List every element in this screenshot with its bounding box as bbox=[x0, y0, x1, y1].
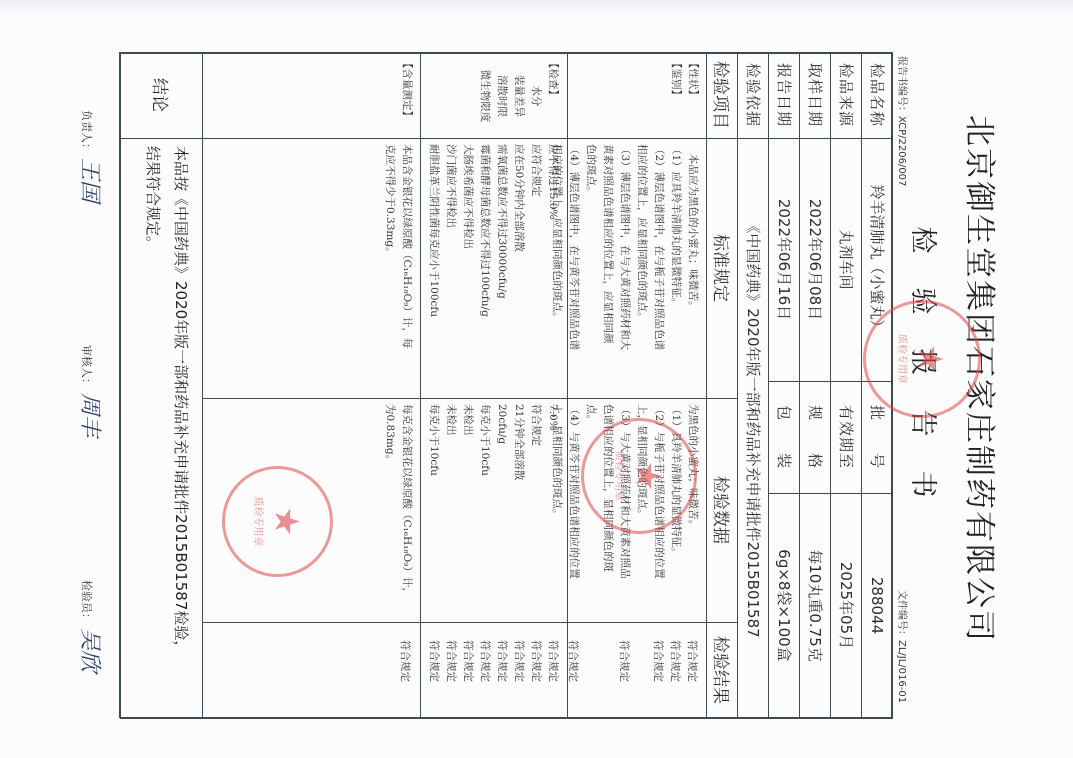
report-date-label: 报告日期 bbox=[769, 52, 800, 138]
reviewer-label: 审核人： bbox=[80, 345, 93, 389]
package-label: 包 装 bbox=[769, 381, 800, 493]
stamp-text: 质检专用章 bbox=[252, 497, 267, 547]
item-moisture: 水分 bbox=[527, 58, 544, 134]
standard-ident-line: 黄素对照品色谱相应的位置上，应显相同颜 bbox=[599, 144, 616, 350]
item-identification: 【鉴别】 bbox=[667, 58, 684, 100]
signature-responsible: 负责人：王国 bbox=[76, 110, 107, 202]
data-check: 7.0% bbox=[544, 404, 561, 480]
expiry-label: 有效期至 bbox=[831, 381, 862, 493]
items-column-assay: 【含量测定】 bbox=[398, 58, 415, 121]
standard-ident-line: （4）薄层色谱图中，在与黄芩苷对照品色谱 bbox=[565, 144, 582, 350]
result-appearance: 符合规定 bbox=[685, 640, 700, 682]
quality-stamp-top: ★ 质检专用章 bbox=[863, 300, 981, 418]
data-assay: 每克含金银花以绿原酸（C₁₆H₁₈O₉）计， 为0.83mg。 bbox=[381, 404, 415, 598]
item-microbial-limit: 微生物限度 bbox=[476, 58, 493, 134]
data-checks: 7.0% 符合规定 21分钟全部溶散 20cfu/g 每克小于10cfu 未检出… bbox=[425, 404, 561, 480]
standard-ident-line: （3）薄层色谱图中，在与大黄对照药材和大 bbox=[616, 144, 633, 350]
conclusion-line: 本品按《中国药典》2020年版一部和药品补充申请批件2015B01587检验， bbox=[167, 146, 195, 655]
data-assay-line: 每克含金银花以绿原酸（C₁₆H₁₈O₉）计， bbox=[398, 404, 415, 598]
inspector-signature: 吴欣 bbox=[77, 628, 102, 672]
report-number-label: 报告书编号： bbox=[896, 56, 907, 116]
items-column-checks: 【检查】 水分 装量差异 溶散时限 微生物限度 bbox=[476, 58, 561, 134]
data-check: 符合规定 bbox=[527, 404, 544, 480]
standard-check: 沙门菌应不得检出 bbox=[442, 144, 459, 317]
basis-label: 检验依据 bbox=[738, 52, 769, 138]
result-ident-1: 符合规定 bbox=[668, 640, 683, 682]
standard-ident-line: 色的斑点。 bbox=[582, 144, 599, 350]
item-checks: 【检查】 bbox=[544, 58, 561, 134]
responsible-signature: 王国 bbox=[77, 158, 102, 202]
data-assay-line: 为0.83mg。 bbox=[381, 404, 398, 598]
conclusion-text: 本品按《中国药典》2020年版一部和药品补充申请批件2015B01587检验， … bbox=[139, 146, 195, 655]
inspector-label: 检验员： bbox=[80, 580, 93, 624]
standard-check: 应在50分钟内全部溶散 bbox=[510, 144, 527, 317]
responsible-label: 负责人： bbox=[80, 110, 93, 154]
item-appearance: 【性状】 bbox=[684, 58, 701, 100]
spec-label: 规 格 bbox=[800, 381, 831, 493]
conclusion-label: 结论 bbox=[121, 52, 203, 138]
standard-check: 应不得过15.0% bbox=[544, 144, 561, 317]
sample-date-label: 取样日期 bbox=[800, 52, 831, 138]
data-check: 未检出 bbox=[459, 404, 476, 480]
stamp-star-icon: ★ bbox=[914, 344, 948, 374]
standards-assay: 本品含金银花以绿原酸（C₁₆H₁₈O₉）计，每 克应不得少于0.33mg。 bbox=[381, 144, 415, 348]
item-disintegration: 溶散时限 bbox=[493, 58, 510, 134]
product-name-label: 检品名称 bbox=[862, 52, 893, 138]
header-result: 检验结果 bbox=[707, 622, 738, 718]
standard-check: 大肠埃希菌应不得检出 bbox=[459, 144, 476, 317]
standard-assay-line: 克应不得少于0.33mg。 bbox=[381, 144, 398, 348]
conclusion-line: 结果符合规定。 bbox=[139, 146, 167, 655]
item-fill-variation: 装量差异 bbox=[510, 58, 527, 134]
data-check: 每克小于10cfu bbox=[425, 404, 442, 480]
spec-value: 每10丸重0.75克 bbox=[800, 493, 831, 718]
stamp-star-icon: ★ bbox=[269, 506, 303, 536]
standard-ident-line: 相应的位置上，应显相同颜色的斑点。 bbox=[633, 144, 650, 350]
reviewer-signature: 周丰 bbox=[77, 393, 102, 437]
result-check: 符合规定 bbox=[493, 640, 510, 682]
standard-check: 耐胆盐革兰阴性菌每克应小于100cfu bbox=[425, 144, 442, 317]
sample-date-value: 2022年06月08日 bbox=[800, 138, 831, 381]
file-number-label: 文件编号： bbox=[896, 590, 907, 640]
header-standard: 标准规定 bbox=[707, 138, 738, 398]
standard-assay-line: 本品含金银花以绿原酸（C₁₆H₁₈O₉）计，每 bbox=[398, 144, 415, 348]
standard-check: 霉菌和酵母菌总数应不得过100cfu/g bbox=[476, 144, 493, 317]
standards-top: 本品应为黑色的小蜜丸；味微苦。 （1）应具羚羊清肺丸的显微特征。 （2）薄层色谱… bbox=[548, 144, 701, 350]
standard-ident-line: （2）薄层色谱图中，在与栀子苷对照品色谱 bbox=[650, 144, 667, 350]
scanned-document-viewport: 北京御生堂集团石家庄制药有限公司 检验报告书 报告书编号：XCP/2206/00… bbox=[0, 0, 1073, 758]
result-check: 符合规定 bbox=[510, 640, 527, 682]
result-ident-2: 符合规定 bbox=[651, 640, 666, 682]
source-label: 检品来源 bbox=[831, 52, 862, 138]
stamp-star-icon: ★ bbox=[631, 461, 665, 491]
data-check: 20cfu/g bbox=[493, 404, 510, 480]
standard-appearance: 本品应为黑色的小蜜丸；味微苦。 bbox=[684, 144, 701, 350]
standard-ident-line: （1）应具羚羊清肺丸的显微特征。 bbox=[667, 144, 684, 350]
report-number: 报告书编号：XCP/2206/007 bbox=[896, 56, 911, 186]
data-check: 未检出 bbox=[442, 404, 459, 480]
result-check: 符合规定 bbox=[527, 640, 544, 682]
report-date-value: 2022年06月16日 bbox=[769, 138, 800, 381]
stamp-text: 质检专用章 bbox=[897, 334, 912, 384]
quality-stamp-middle: ★ 质检专用章 bbox=[581, 418, 697, 534]
package-value: 6g×8袋×100盒 bbox=[769, 493, 800, 718]
result-check: 符合规定 bbox=[459, 640, 476, 682]
standards-checks: 应不得过15.0% 应符合规定 应在50分钟内全部溶散 需氧菌总数应不得过300… bbox=[425, 144, 561, 317]
result-ident-3: 符合规定 bbox=[617, 640, 632, 682]
header-data: 检验数据 bbox=[707, 398, 738, 622]
source-value: 丸剂车间 bbox=[831, 138, 862, 381]
result-check: 符合规定 bbox=[476, 640, 493, 682]
quality-stamp-bottom: ★ 质检专用章 bbox=[222, 466, 333, 577]
result-assay: 符合规定 bbox=[398, 640, 413, 682]
basis-value: 《中国药典》2020年版一部和药品补充申请批件2015B01587 bbox=[738, 138, 769, 718]
header-item: 检验项目 bbox=[707, 52, 738, 138]
data-check: 每克小于10cfu bbox=[476, 404, 493, 480]
results-checks: 符合规定 符合规定 符合规定 符合规定 符合规定 符合规定 符合规定 符合规定 bbox=[425, 640, 561, 682]
result-check: 符合规定 bbox=[425, 640, 442, 682]
expiry-value: 2025年05月 bbox=[831, 493, 862, 718]
result-check: 符合规定 bbox=[442, 640, 459, 682]
items-column-top: 【性状】 【鉴别】 bbox=[667, 58, 701, 100]
standard-check: 应符合规定 bbox=[527, 144, 544, 317]
result-ident-4: 符合规定 bbox=[566, 640, 581, 682]
item-assay: 【含量测定】 bbox=[398, 58, 415, 121]
data-ident-line: （4）与黄芩苷对照品色谱相应的位置 bbox=[565, 404, 582, 579]
result-check: 符合规定 bbox=[544, 640, 561, 682]
batch-value: 288044 bbox=[862, 493, 893, 718]
stamp-text: 质检专用章 bbox=[614, 451, 629, 501]
report-number-value: XCP/2206/007 bbox=[896, 116, 907, 186]
standard-check: 需氧菌总数应不得过30000cfu/g bbox=[493, 144, 510, 317]
signature-inspector: 检验员：吴欣 bbox=[76, 580, 107, 672]
file-number-value: ZL/JL/016-01 bbox=[896, 640, 907, 703]
inspection-report-page: 北京御生堂集团石家庄制药有限公司 检验报告书 报告书编号：XCP/2206/00… bbox=[0, 0, 1073, 758]
signature-reviewer: 审核人：周丰 bbox=[76, 345, 107, 437]
file-number: 文件编号：ZL/JL/016-01 bbox=[896, 590, 911, 703]
data-check: 21分钟全部溶散 bbox=[510, 404, 527, 480]
